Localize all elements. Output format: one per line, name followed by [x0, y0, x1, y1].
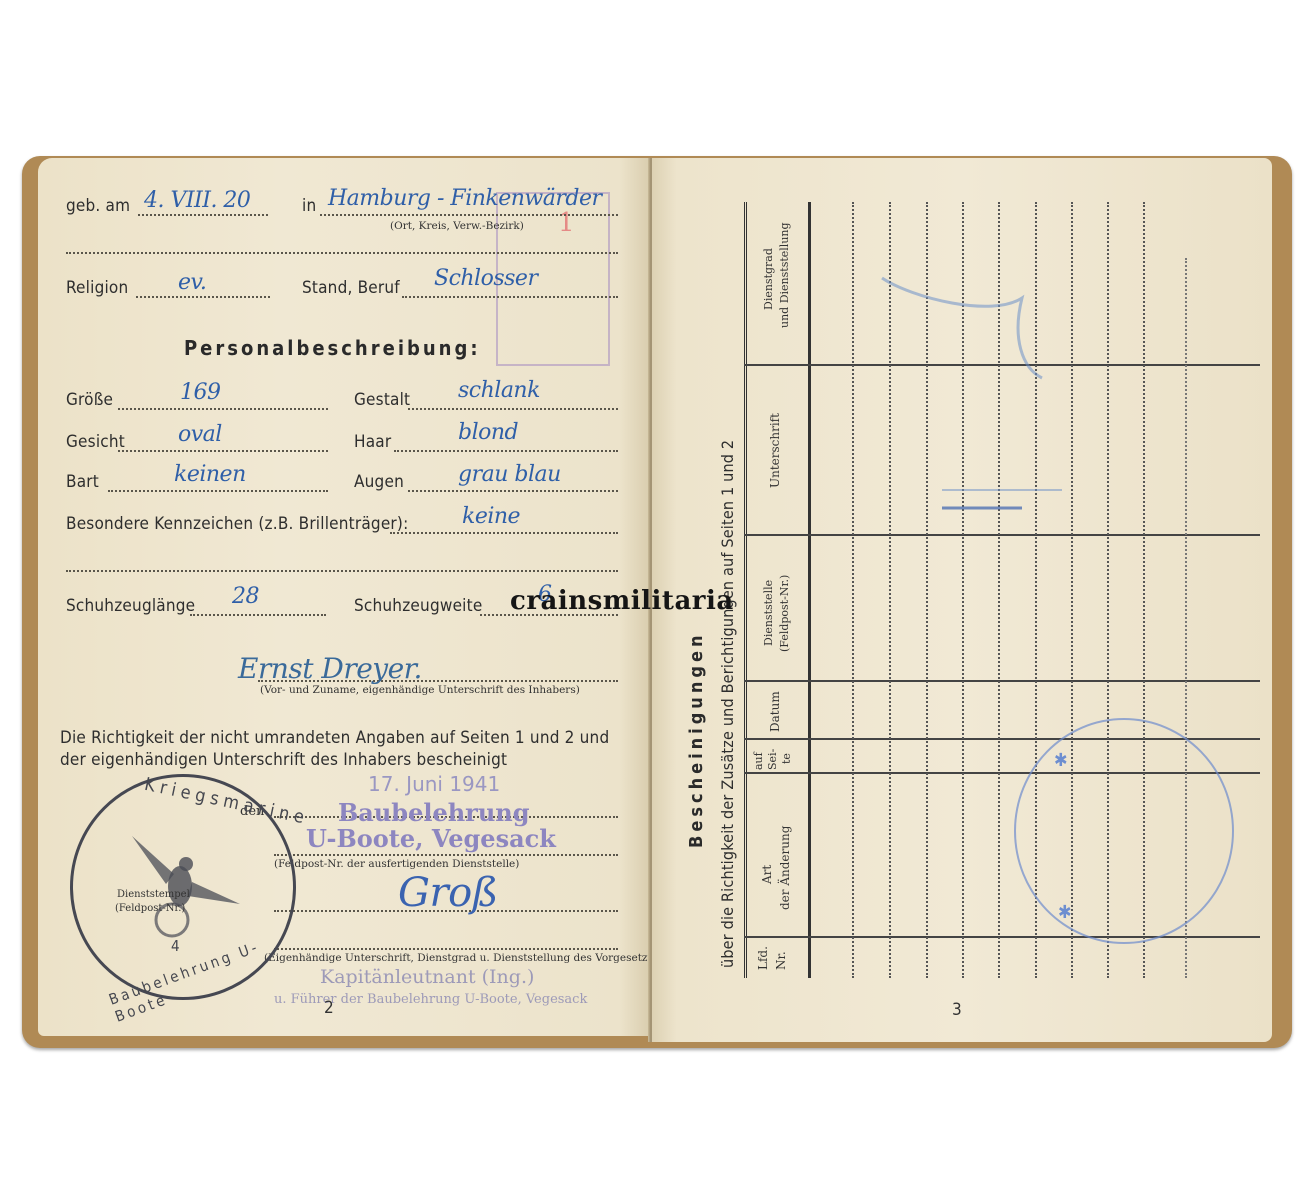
page-number-right: 3 [952, 1000, 962, 1020]
beard-label: Bart [66, 472, 99, 492]
birth-date-label: geb. am [66, 196, 130, 216]
col-art-a: Art [760, 865, 774, 884]
marks-label: Besondere Kennzeichen (z.B. Brillenträge… [66, 514, 408, 534]
column-divider-3 [744, 680, 1260, 682]
signature-hint: (Eigenhändige Unterschrift, Dienstgrad u… [264, 952, 669, 964]
col-dienstgrad-b: und Dienststellung [778, 222, 791, 328]
birth-date-line [138, 214, 268, 216]
shoe-width-label: Schuhzeugweite [354, 596, 482, 616]
ink-scribble-icon [872, 258, 1072, 518]
holder-signature: Ernst Dreyer. [238, 652, 422, 685]
col-unterschrift: Unterschrift [768, 413, 782, 488]
height-label: Größe [66, 390, 113, 410]
birth-place-line [320, 214, 618, 216]
watermark: crainsmilitaria [510, 586, 734, 616]
col-seite-b: Sei- [766, 749, 779, 770]
occupation-line [402, 296, 618, 298]
unit-stamp-1: Baubelehrung [338, 798, 530, 827]
col-seite-c: te [780, 753, 793, 764]
beard-line [108, 490, 328, 492]
blank-line [66, 252, 618, 254]
religion-value: ev. [178, 270, 206, 295]
blue-round-stamp: ✱ ✱ [1014, 718, 1234, 944]
row-line [852, 202, 854, 978]
face-value: oval [178, 422, 222, 447]
column-divider-2 [744, 534, 1260, 536]
table-left-border [744, 202, 747, 978]
col-datum: Datum [768, 691, 782, 732]
star-icon: ✱ [1058, 902, 1072, 923]
build-label: Gestalt [354, 390, 410, 410]
religion-line [136, 296, 270, 298]
birth-place-label: in [302, 196, 316, 216]
birth-date-value: 4. VIII. 20 [144, 188, 250, 213]
official-signature: Groß [398, 870, 498, 916]
build-line [408, 408, 618, 410]
star-icon: ✱ [1054, 750, 1068, 771]
rank-stamp: Kapitänleutnant (Ing.) [320, 966, 534, 988]
face-label: Gesicht [66, 432, 125, 452]
eyes-value: grau blau [458, 462, 561, 487]
build-value: schlank [458, 378, 540, 403]
religion-label: Religion [66, 278, 128, 298]
form-subtitle: über die Richtigkeit der Zusätze und Ber… [718, 440, 737, 968]
seal-center-line-2: (Feldpost-Nr.) [115, 903, 185, 914]
table-header-border [808, 202, 811, 978]
birth-place-hint: (Ort, Kreis, Verw.-Bezirk) [390, 220, 524, 232]
signature-line-2 [274, 948, 618, 950]
hair-line [394, 450, 618, 452]
col-dienststelle-b: (Feldpost-Nr.) [778, 575, 791, 652]
col-art-b: der Änderung [778, 826, 792, 910]
role-stamp: u. Führer der Baubelehrung U-Boote, Vege… [274, 992, 587, 1007]
marks-line [390, 532, 618, 534]
occupation-label: Stand, Beruf [302, 278, 400, 298]
shoe-length-label: Schuhzeuglänge [66, 596, 195, 616]
seal-number: 4 [171, 937, 180, 955]
unit-stamp-2: U-Boote, Vegesack [306, 824, 556, 853]
column-divider-6 [744, 936, 1260, 938]
eyes-line [408, 490, 618, 492]
face-line [118, 450, 328, 452]
certification-line-2: der eigenhändigen Unterschrift des Inhab… [60, 750, 507, 770]
shoe-length-value: 28 [232, 584, 259, 609]
col-lfd-nr-b: Nr. [774, 951, 788, 970]
box-stamp-mark: 1 [558, 208, 575, 238]
birth-place-value: Hamburg - Finkenwärder [328, 186, 602, 211]
unit-hint: (Feldpost-Nr. der ausfertigenden Diensts… [274, 858, 519, 870]
page-number-left: 2 [324, 998, 334, 1018]
height-value: 169 [180, 380, 221, 405]
col-dienststelle-a: Dienststelle [762, 580, 775, 646]
col-lfd-nr-a: Lfd. [756, 946, 770, 970]
date-stamp: 17. Juni 1941 [368, 772, 500, 796]
description-heading: Personalbeschreibung: [184, 336, 481, 360]
seal-center-line-1: Dienststempel [117, 889, 190, 900]
certification-line-1: Die Richtigkeit der nicht umrandeten Ang… [60, 728, 609, 748]
hair-value: blond [458, 420, 518, 445]
eyes-label: Augen [354, 472, 404, 492]
occupation-value: Schlosser [434, 266, 537, 291]
blank-line-2 [66, 570, 618, 572]
kriegsmarine-seal: Dienststempel (Feldpost-Nr.) Kriegsmarin… [70, 774, 296, 1000]
form-title: Bescheinigungen [686, 632, 707, 848]
shoe-length-line [190, 614, 326, 616]
marks-value: keine [462, 504, 520, 529]
height-line [118, 408, 328, 410]
col-dienstgrad-a: Dienstgrad [762, 248, 775, 310]
beard-value: keinen [174, 462, 246, 487]
right-page: Bescheinigungen über die Richtigkeit der… [652, 158, 1272, 1042]
col-seite-a: auf [752, 752, 765, 770]
unit-line [274, 854, 618, 856]
holder-signature-hint: (Vor- und Zuname, eigenhändige Unterschr… [260, 684, 580, 696]
hair-label: Haar [354, 432, 391, 452]
